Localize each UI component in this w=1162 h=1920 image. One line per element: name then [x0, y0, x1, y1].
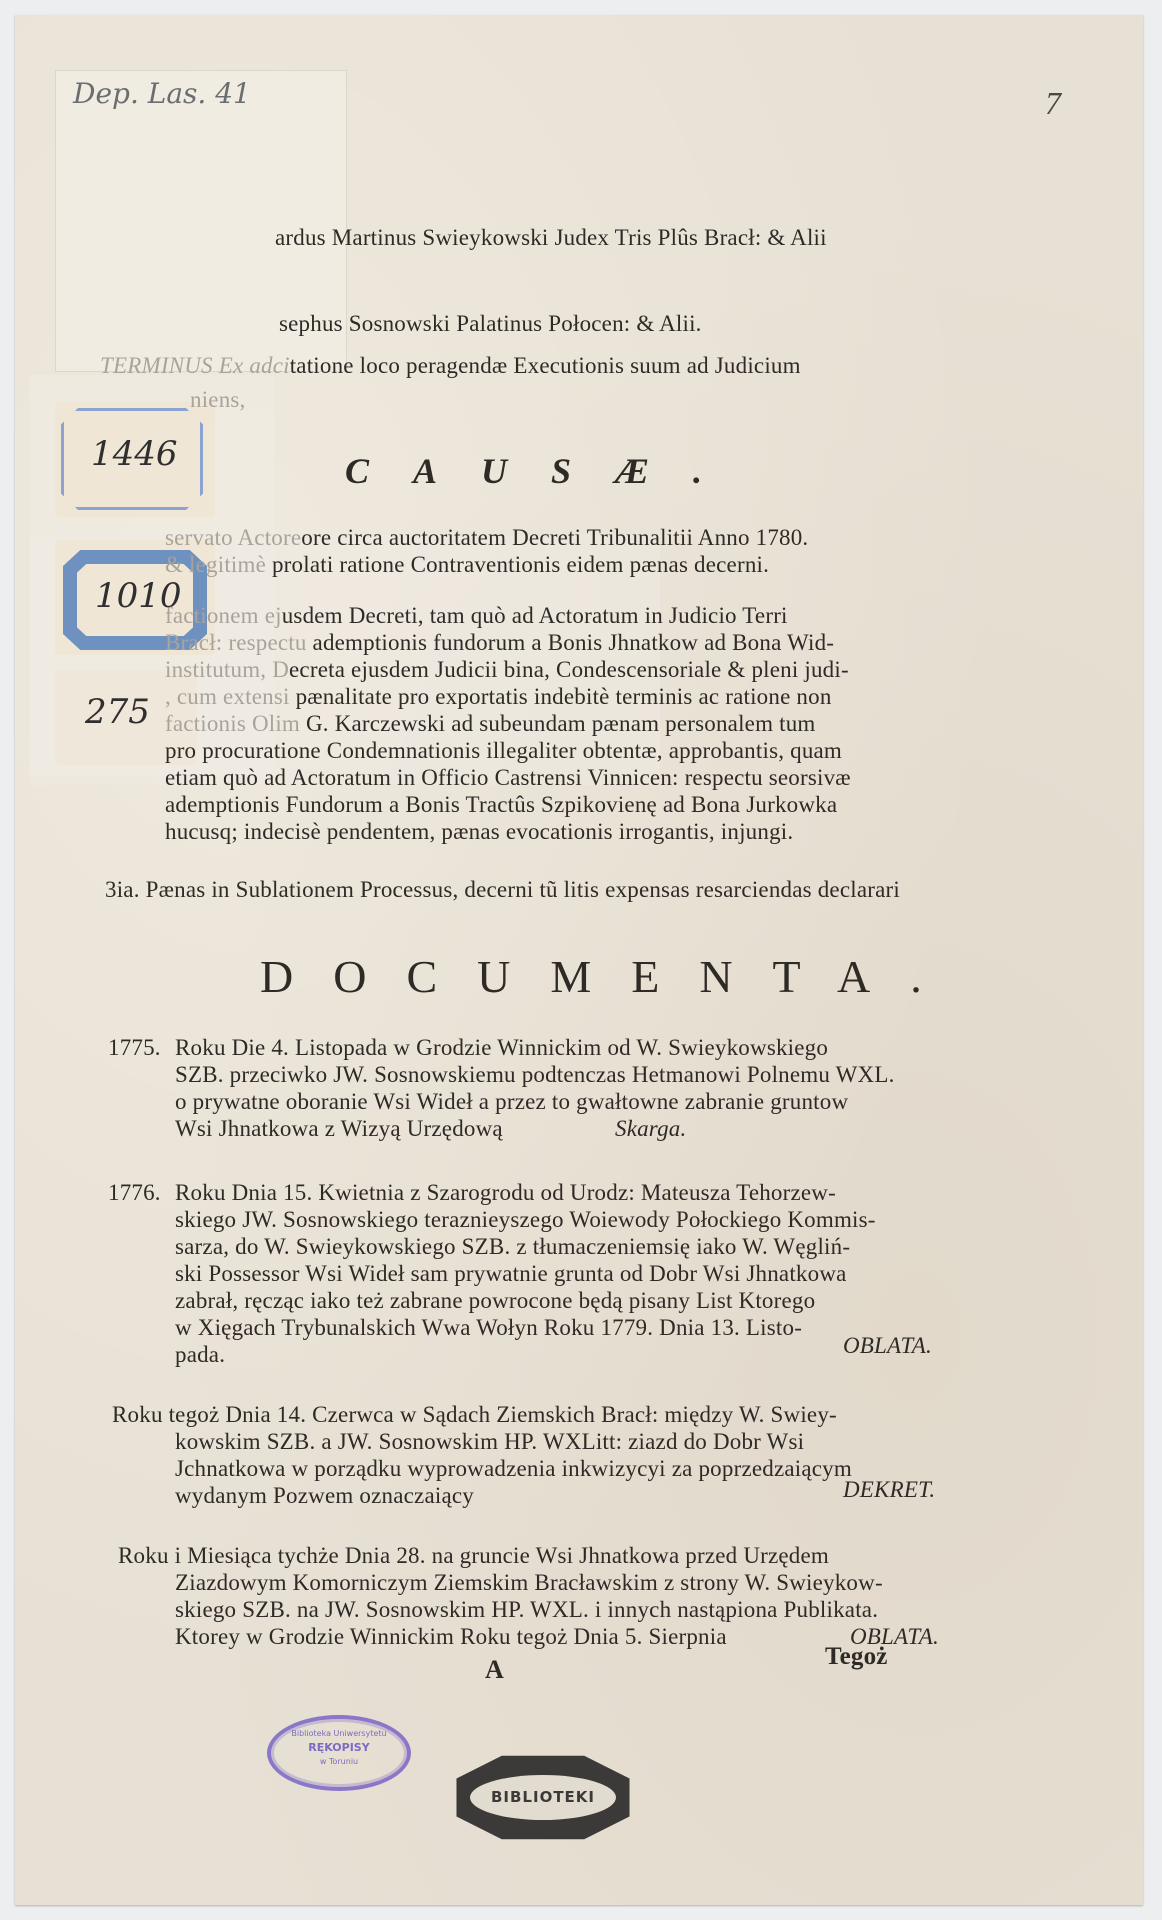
entry-year: 1775.	[108, 1035, 161, 1061]
entry-line: Jchnatkowa w porządku wyprowadzenia inkw…	[175, 1456, 852, 1482]
entry-line: Roku tegoż Dnia 14. Czerwca w Sądach Zie…	[112, 1402, 837, 1428]
causae-third-point: 3ia. Pænas in Sublationem Processus, dec…	[105, 877, 900, 903]
entry-line: w Xięgach Trybunalskich Wwa Wołyn Roku 1…	[175, 1315, 802, 1341]
catalog-number: 275	[85, 692, 150, 732]
entry-line: Wsi Jhnatkowa z Wizyą Urzędową	[175, 1116, 503, 1142]
entry-line: ski Possessor Wsi Wideł sam prywatnie gr…	[175, 1261, 847, 1287]
causae-line: etiam quò ad Actoratum in Officio Castre…	[165, 765, 851, 791]
library-stamp-purple: Biblioteka Uniwersytetu RĘKOPISY w Torun…	[267, 1715, 411, 1791]
entry-line: SZB. przeciwko JW. Sosnowskiemu podtencz…	[175, 1062, 895, 1088]
causae-line: ademptionis Fundorum a Bonis Tractûs Szp…	[165, 792, 837, 818]
entry-type-tag: Skarga.	[615, 1116, 686, 1142]
actor-line: ardus Martinus Swieykowski Judex Tris Pl…	[275, 225, 827, 251]
entry-year: 1776.	[108, 1180, 161, 1206]
folio-number: 7	[1045, 85, 1061, 122]
reus-line: sephus Sosnowski Palatinus Połocen: & Al…	[279, 311, 702, 337]
causae-line: factionem ejusdem Decreti, tam quò ad Ac…	[165, 603, 788, 629]
causae-line: institutum, Decreta ejusdem Judicii bina…	[165, 657, 849, 683]
entry-line: wydanym Pozwem oznaczaiący	[175, 1483, 474, 1509]
terminus-line-faded: niens,	[190, 387, 246, 413]
archive-signature: Dep. Las. 41	[73, 77, 251, 110]
entry-line: o prywatne oboranie Wsi Wideł a przez to…	[175, 1089, 848, 1115]
causae-line: , cum extensi pænalitate pro exportatis …	[165, 684, 832, 710]
entry-type-tag: OBLATA.	[843, 1333, 932, 1359]
causae-line: pro procuratione Condemnationis illegali…	[165, 738, 842, 764]
entry-line: Roku Dnia 15. Kwietnia z Szarogrodu od U…	[175, 1180, 836, 1206]
entry-line: skiego JW. Sosnowskiego teraznieyszego W…	[175, 1207, 876, 1233]
causae-line: servato Actoreore circa auctoritatem Dec…	[165, 525, 808, 551]
causae-line: & legitimè prolati ratione Contravention…	[165, 552, 769, 578]
signature-mark: A	[485, 1655, 504, 1685]
causae-line: Bracł: respectu ademptionis fundorum a B…	[165, 630, 834, 656]
catalog-tag: 1446	[55, 402, 215, 517]
terminus-line: TERMINUS Ex adcitatione loco peragendæ E…	[100, 353, 801, 379]
entry-line: Roku i Miesiąca tychże Dnia 28. na grunc…	[118, 1543, 829, 1569]
entry-line: kowskim SZB. a JW. Sosnowskim HP. WXLitt…	[175, 1429, 804, 1455]
catalog-number: 1446	[91, 434, 178, 474]
library-stamp-black: BIBLIOTEKI	[440, 1750, 646, 1845]
entry-line: pada.	[175, 1342, 225, 1368]
entry-type-tag: DEKRET.	[843, 1477, 935, 1503]
causae-line: hucusq; indecisè pendentem, pænas evocat…	[165, 819, 793, 845]
catchword: Tegoż	[825, 1643, 888, 1671]
causae-line: factionis Olim G. Karczewski ad subeunda…	[165, 711, 816, 737]
entry-line: skiego SZB. na JW. Sosnowskim HP. WXL. i…	[175, 1597, 878, 1623]
causae-heading: CAUSÆ.	[345, 450, 746, 492]
document-page: Dep. Las. 41 7 1446 1010 275 ardus Marti…	[15, 15, 1143, 1905]
entry-line: Ktorey w Grodzie Winnickim Roku tegoż Dn…	[175, 1624, 727, 1650]
documenta-heading: DOCUMENTA.	[260, 950, 962, 1003]
entry-line: Ziazdowym Komorniczym Ziemskim Bracławsk…	[175, 1570, 883, 1596]
entry-line: zabrał, ręcząc iako też zabrane powrocon…	[175, 1288, 815, 1314]
entry-line: Roku Die 4. Listopada w Grodzie Winnicki…	[175, 1035, 828, 1061]
entry-line: sarza, do W. Swieykowskiego SZB. z tłuma…	[175, 1234, 850, 1260]
